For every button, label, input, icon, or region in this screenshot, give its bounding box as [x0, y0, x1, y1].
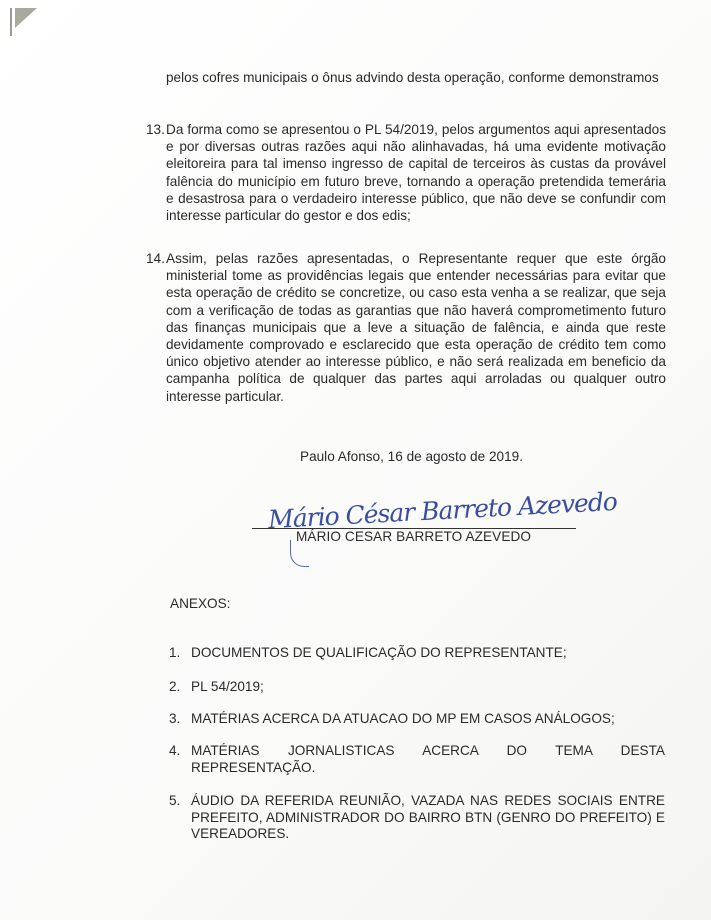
annex-number: 5.	[169, 793, 191, 843]
annex-text: DOCUMENTOS DE QUALIFICAÇÃO DO REPRESENTA…	[191, 645, 665, 662]
document-page: pelos cofres municipais o ônus advindo d…	[0, 0, 711, 920]
annex-number: 3.	[169, 711, 191, 728]
annex-item: 3. MATÉRIAS ACERCA DA ATUACAO DO MP EM C…	[169, 711, 665, 728]
corner-bar	[10, 8, 12, 36]
annex-item: 5. ÁUDIO DA REFERIDA REUNIÃO, VAZADA NAS…	[169, 793, 665, 843]
annex-item: 2. PL 54/2019;	[169, 679, 665, 696]
annex-text: MATÉRIAS ACERCA DA ATUACAO DO MP EM CASO…	[191, 711, 665, 728]
signer-name: MÁRIO CESAR BARRETO AZEVEDO	[296, 529, 531, 544]
annex-number: 2.	[169, 679, 191, 696]
paragraph-text: Assim, pelas razões apresentadas, o Repr…	[166, 250, 666, 405]
continuation-paragraph: pelos cofres municipais o ônus advindo d…	[166, 69, 666, 86]
annex-number: 1.	[169, 645, 191, 662]
place-and-date: Paulo Afonso, 16 de agosto de 2019.	[300, 449, 523, 464]
paragraph-number: 13.	[146, 121, 166, 224]
annex-item: 4. MATÉRIAS JORNALISTICAS ACERCA DO TEMA…	[169, 743, 665, 776]
annex-text: MATÉRIAS JORNALISTICAS ACERCA DO TEMA DE…	[191, 743, 665, 776]
annex-number: 4.	[169, 743, 191, 776]
numbered-paragraph-13: 13. Da forma como se apresentou o PL 54/…	[146, 121, 666, 224]
paragraph-number: 14.	[146, 250, 166, 405]
annex-text: PL 54/2019;	[191, 679, 665, 696]
annex-item: 1. DOCUMENTOS DE QUALIFICAÇÃO DO REPRESE…	[169, 645, 665, 662]
signature-flourish	[290, 540, 309, 567]
paragraph-text: Da forma como se apresentou o PL 54/2019…	[166, 121, 666, 224]
numbered-paragraph-14: 14. Assim, pelas razões apresentadas, o …	[146, 250, 666, 405]
annexes-heading: ANEXOS:	[170, 596, 230, 611]
corner-fold-mark	[10, 8, 40, 36]
annex-text: ÁUDIO DA REFERIDA REUNIÃO, VAZADA NAS RE…	[191, 793, 665, 843]
corner-triangle-icon	[15, 8, 37, 28]
